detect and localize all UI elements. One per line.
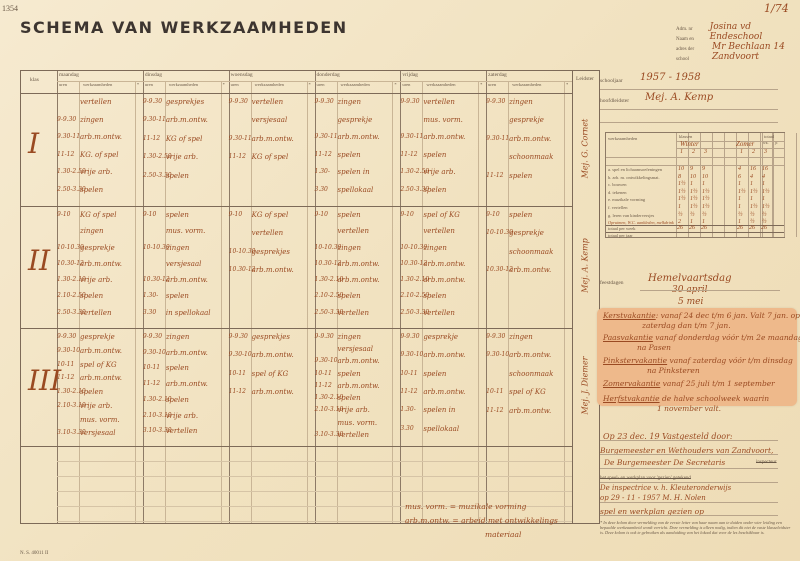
zomer-hours: 1 <box>738 181 741 187</box>
column-divider <box>508 81 509 523</box>
activity-cell: versjesaal <box>166 260 202 268</box>
activity-cell: schoonmaak <box>509 370 553 378</box>
activity-cell: arb.m.ontw. <box>80 133 122 141</box>
activity-cell: vrije arb. <box>166 153 198 161</box>
activity-cell: zingen <box>166 333 190 341</box>
winter-hours: 1½ <box>702 189 710 195</box>
column-divider <box>307 81 308 523</box>
row-divider <box>57 461 572 462</box>
winter-hours: 1½ <box>678 189 686 195</box>
zomer-hours: 4 <box>750 174 753 180</box>
uren-header: uren <box>402 82 410 87</box>
column-divider <box>79 81 80 523</box>
summary-row-label: e. muzikale vorming <box>608 197 645 202</box>
vacation-note: Kerstvakantie: vanaf 24 dec t/m 6 jan. V… <box>597 308 797 406</box>
total-week: 26 <box>737 225 743 231</box>
activity-cell: vertellen <box>252 98 284 106</box>
time-cell: 9.30-11 <box>229 135 252 143</box>
winter-hours: 1½ <box>678 181 686 187</box>
time-cell: 9.30-10 <box>400 351 423 359</box>
divider <box>600 89 778 90</box>
werk-header: werkzaamheden <box>83 82 112 87</box>
activity-cell: spelen <box>166 364 189 372</box>
schooljaar-label: schooljaar <box>600 78 623 84</box>
star-header: * <box>394 82 396 87</box>
admin-label: Naam en <box>676 37 710 42</box>
zomer-hours: 1½ <box>750 189 758 195</box>
time-cell: 9.30-11 <box>57 133 80 141</box>
winter-hours: 1 <box>690 181 693 187</box>
column-divider <box>784 133 785 237</box>
activity-cell: arb.m.ontw. <box>338 276 380 284</box>
archive-number: 1/74 <box>764 2 789 15</box>
activity-cell: zingen <box>338 333 362 341</box>
time-cell: 9-9.30 <box>229 98 248 106</box>
activity-cell: schoonmaak <box>509 248 553 256</box>
time-cell: 10-11 <box>315 370 332 378</box>
activity-cell: arb.m.ontw. <box>166 276 208 284</box>
activity-cell: spelen <box>423 151 446 159</box>
note-title: Zomervakantie <box>603 379 660 388</box>
activity-cell: KG of spel <box>252 211 289 219</box>
activity-cell: gesprekje <box>509 229 544 237</box>
activity-cell: in spellokaal <box>166 309 211 317</box>
winter-hours: 9 <box>690 166 693 172</box>
klas-label: I <box>28 127 39 160</box>
activity-cell: arb.m.ontw. <box>338 357 380 365</box>
activity-cell: vertellen <box>338 431 370 439</box>
activity-cell: vertellen <box>252 229 284 237</box>
summary-header: klassen <box>679 134 692 139</box>
zomer-hours: 1½ <box>750 204 758 210</box>
activity-cell: arb.m.ontw. <box>509 407 551 415</box>
day-header: zaterdag <box>488 72 507 78</box>
column-divider <box>392 81 393 523</box>
activity-cell: arb.m.ontw. <box>166 349 208 357</box>
star-header: * <box>480 82 482 87</box>
time-cell: 11-12 <box>57 374 74 382</box>
time-cell: 9.30-11 <box>486 135 509 143</box>
school-address: Mr Bechlaan 14 <box>712 42 785 52</box>
divider <box>600 109 778 110</box>
time-cell: 9-10 <box>229 211 242 219</box>
activity-cell: versjesaal <box>80 429 116 437</box>
school-city: Zandvoort <box>712 52 759 62</box>
time-cell: 11-12 <box>400 388 417 396</box>
form-code: N. S. 40011 II <box>20 551 48 556</box>
summary-row-label: f. vertellen <box>608 205 628 210</box>
note-line: Herfstvakantie de halve schoolweek waari… <box>603 394 769 403</box>
time-cell: 9-9.30 <box>486 333 505 341</box>
klas-header: klas <box>30 77 39 83</box>
time-cell: 9-10 <box>143 211 156 219</box>
activity-cell: KG of spel <box>80 211 117 219</box>
activity-cell: versjesaal <box>338 345 374 353</box>
winter-hours: 1½ <box>690 196 698 202</box>
uren-header: uren <box>145 82 153 87</box>
star-header: * <box>223 82 225 87</box>
activity-cell: versjesaal <box>252 116 288 124</box>
activity-cell: arb.m.ontw. <box>338 382 380 390</box>
class-number: 2 <box>752 149 755 155</box>
time-cell: 9-9.30 <box>57 116 76 124</box>
note-line: Zomervakantie vanaf 25 juli t/m 1 septem… <box>603 379 775 388</box>
legend-line: arb.m.ontw. = arbeid met ontwikkelings <box>405 516 558 525</box>
winter-hours: 10 <box>690 174 696 180</box>
time-cell: 10-11 <box>229 370 246 378</box>
activity-cell: zingen <box>509 98 533 106</box>
activity-cell: spelen <box>338 211 361 219</box>
season-label: Zomer <box>736 140 754 148</box>
activity-cell: vertellen <box>166 427 198 435</box>
time-cell: 9.30-10 <box>315 357 338 365</box>
leidster-name: Mej. G. Cornet <box>581 108 590 188</box>
activity-cell: mus. vorm. <box>338 419 378 427</box>
divider <box>600 440 778 441</box>
zomer-hours: 1 <box>762 196 765 202</box>
time-cell: 11-12 <box>229 388 246 396</box>
activity-cell: arb.m.ontw. <box>252 388 294 396</box>
day-header: dinsdag <box>145 72 162 78</box>
zomer-hours: 1 <box>750 196 753 202</box>
inspector-label: inspecteur <box>756 460 777 465</box>
time-cell: 9-10 <box>57 211 70 219</box>
activity-cell: spellokaal <box>338 186 374 194</box>
class-number: 1 <box>740 149 743 155</box>
time-cell: 9-9.30 <box>400 98 419 106</box>
activity-cell: mus. vorm. <box>423 116 463 124</box>
activity-cell: zingen <box>338 244 362 252</box>
zomer-hours: 16 <box>750 166 756 172</box>
day-header: maandag <box>59 72 79 78</box>
winter-hours: 1½ <box>690 189 698 195</box>
activity-cell: arb.m.ontw. <box>80 374 122 382</box>
time-cell: 11-12 <box>486 172 503 180</box>
activity-cell: zingen <box>166 244 190 252</box>
werk-header: werkzaamheden <box>255 82 284 87</box>
time-cell: 9-9.30 <box>143 333 162 341</box>
winter-hours: 1½ <box>702 196 710 202</box>
column-divider <box>135 81 136 523</box>
activity-cell: spelen <box>166 292 189 300</box>
activity-cell: spelen <box>423 292 446 300</box>
activity-cell: arb.m.ontw. <box>509 266 551 274</box>
activity-cell: gesprekje <box>80 244 115 252</box>
season-label: Winter <box>680 140 699 148</box>
activity-cell: gesprekje <box>338 116 373 124</box>
summary-row-label: totaal per jaar <box>608 233 633 238</box>
activity-cell: vrije arb. <box>80 402 112 410</box>
activity-cell: arb.m.ontw. <box>252 266 294 274</box>
divider <box>600 122 778 123</box>
activity-cell: KG. of spel <box>80 151 119 159</box>
zomer-hours: ½ <box>738 212 743 218</box>
time-cell: 11-12 <box>315 151 332 159</box>
column-divider <box>251 81 252 523</box>
note-line: na Pinksteren <box>647 366 700 375</box>
day-header: woensdag <box>231 72 253 78</box>
activity-cell: spel of KG <box>80 361 117 369</box>
activity-cell: spelen <box>80 388 103 396</box>
corner-mark: 1354 <box>2 4 18 13</box>
time-cell: 11-12 <box>57 151 74 159</box>
admin-label: adres der <box>676 47 712 52</box>
summary-row-label: b. arb. m. ontwikkelingsmat. <box>608 175 660 180</box>
activity-cell: spelen <box>338 370 361 378</box>
winter-hours: 1 <box>702 181 705 187</box>
activity-cell: vertellen <box>80 309 112 317</box>
time-cell: 9.30-11 <box>400 133 423 141</box>
signatories: De Burgemeester De Secretaris <box>604 458 725 467</box>
admin-block: Adm. nr Naam enJosina vd Endeschool adre… <box>676 22 800 62</box>
activity-cell: KG of spel <box>252 153 289 161</box>
activity-cell: arb.m.ontw. <box>423 388 465 396</box>
time-cell: 9.30-11 <box>315 133 338 141</box>
time-cell: 9.30-11 <box>143 116 166 124</box>
row-divider <box>606 165 784 166</box>
winter-hours: 1½ <box>702 204 710 210</box>
class-number: 2 <box>692 149 695 155</box>
struck-line: het speel- en werkplan voor 'gezien' get… <box>600 476 691 481</box>
time-cell: 1.30- <box>143 292 158 300</box>
activity-cell: arb.m.ontw. <box>338 133 380 141</box>
activity-cell: spel of KG <box>423 211 460 219</box>
summary-row-label: g. leren van kinderversjes <box>608 213 654 218</box>
leidster-name: Mej. J. Diemer <box>581 346 590 426</box>
activity-cell: spelen <box>338 394 361 402</box>
activity-cell: spelen <box>509 172 532 180</box>
activity-cell: vrije arb. <box>423 168 455 176</box>
row-divider <box>21 206 572 207</box>
activity-cell: arb.m.ontw. <box>423 260 465 268</box>
note-title: Paasvakantie <box>603 333 653 342</box>
activity-cell: arb.m.ontw. <box>80 347 122 355</box>
column-divider <box>221 81 222 523</box>
zomer-hours: 1½ <box>738 189 746 195</box>
time-cell: 9.30-10 <box>229 351 252 359</box>
winter-hours: 10 <box>678 166 684 172</box>
admin-label: Adm. nr <box>676 27 712 32</box>
inspectie-line: De inspectrice v. h. Kleuteronderwijs <box>600 484 731 492</box>
activity-cell: vertellen <box>338 227 370 235</box>
activity-cell: gesprekjes <box>252 248 290 256</box>
column-divider <box>422 81 423 523</box>
time-cell: 9-10 <box>400 211 413 219</box>
column-divider <box>796 133 797 237</box>
time-cell: 9-9.30 <box>486 98 505 106</box>
time-cell: 11-12 <box>143 380 160 388</box>
zomer-hours: 16 <box>762 166 768 172</box>
time-cell: 11-12 <box>229 153 246 161</box>
zomer-hours: 1 <box>762 181 765 187</box>
column-divider <box>165 81 166 523</box>
activity-cell: spelen <box>80 292 103 300</box>
summary-row-label: d. tekenen <box>608 190 627 195</box>
note-title: Pinkstervakantie <box>603 356 667 365</box>
school-name: Josina vd Endeschool <box>710 22 800 42</box>
time-cell: 10-11 <box>486 388 503 396</box>
zomer-hours: ½ <box>750 212 755 218</box>
time-cell: 11-12 <box>486 407 503 415</box>
activity-cell: zingen <box>509 333 533 341</box>
winter-hours: 8 <box>678 174 681 180</box>
time-cell: 11-12 <box>315 382 332 390</box>
winter-hours: 10 <box>702 174 708 180</box>
day-header: donderdag <box>317 72 340 78</box>
activity-cell: vrije arb. <box>166 412 198 420</box>
feestdag: 5 mei <box>678 297 703 307</box>
summary-header: werkzaamheden <box>608 136 637 141</box>
activity-cell: arb.m.ontw. <box>423 276 465 284</box>
time-cell: 9-9.30 <box>143 98 162 106</box>
time-cell: 11-12 <box>400 151 417 159</box>
inspection-date: op 29 - 11 - 1957 M. H. Nolen <box>600 494 706 502</box>
winter-hours: 9 <box>702 166 705 172</box>
note-title: Herfstvakantie <box>603 394 660 403</box>
activity-cell: spelen <box>166 211 189 219</box>
class-number: 1 <box>680 149 683 155</box>
legend-line: materiaal <box>485 530 521 539</box>
zomer-hours: 1½ <box>762 204 770 210</box>
activity-cell: gesprekje <box>509 116 544 124</box>
activity-cell: arb.m.ontw. <box>252 351 294 359</box>
time-cell: 9.30-10 <box>486 351 509 359</box>
activity-cell: zingen <box>80 227 104 235</box>
winter-hours: ½ <box>702 212 707 218</box>
zomer-hours: 1½ <box>762 189 770 195</box>
winter-hours: ½ <box>678 212 683 218</box>
activity-cell: arb.m.ontw. <box>166 116 208 124</box>
zomer-hours: 1 <box>738 204 741 210</box>
time-cell: 11-12 <box>143 135 160 143</box>
activity-cell: spelen <box>423 186 446 194</box>
hours-summary-table: werkzaamhedenklassentotaalwk.jr.WinterZo… <box>605 132 785 238</box>
winter-hours: 1 <box>678 204 681 210</box>
activity-cell: arb.m.ontw. <box>509 135 551 143</box>
uren-header: uren <box>317 82 325 87</box>
activity-cell: schoonmaak <box>509 153 553 161</box>
time-cell: 9-9.30 <box>315 98 334 106</box>
note-line: na Pasen <box>637 343 671 352</box>
feestdag: Hemelvaartsdag <box>648 273 732 284</box>
admin-label: school <box>676 57 712 62</box>
activity-cell: vertellen <box>423 98 455 106</box>
note-line: 1 november valt. <box>657 404 721 413</box>
uren-header: uren <box>488 82 496 87</box>
time-cell: 10-11 <box>143 364 160 372</box>
star-header: * <box>137 82 139 87</box>
klas-label: II <box>28 244 50 277</box>
leidster-name: Mej. A. Kemp <box>581 226 590 306</box>
activity-cell: spel of KG <box>252 370 289 378</box>
leidster-header: Leidster <box>571 76 599 82</box>
schooljaar-value: 1957 - 1958 <box>640 72 701 83</box>
divider <box>600 482 778 483</box>
time-cell: 9.30-10 <box>143 349 166 357</box>
summary-header: totaal <box>764 134 774 139</box>
winter-hours: 1½ <box>678 196 686 202</box>
hoofdleidster-label: hoofdleidster <box>600 98 629 104</box>
time-cell: 1.30- <box>400 406 415 414</box>
uren-header: uren <box>231 82 239 87</box>
werk-header: werkzaamheden <box>426 82 455 87</box>
activity-cell: arb.m.ontw. <box>509 351 551 359</box>
activity-cell: gesprekjes <box>166 98 204 106</box>
time-cell: 9.30-10 <box>57 347 80 355</box>
row-divider <box>606 157 784 158</box>
activity-cell: spelen in <box>338 168 370 176</box>
activity-cell: vertellen <box>80 98 112 106</box>
activity-cell: vrije arb. <box>80 276 112 284</box>
zomer-hours: ½ <box>762 212 767 218</box>
activity-cell: mus. vorm. <box>80 416 120 424</box>
time-cell: 3.30 <box>315 186 328 194</box>
activity-cell: vrije arb. <box>80 168 112 176</box>
activity-cell: KG of spel <box>166 135 203 143</box>
activity-cell: arb.m.ontw. <box>166 380 208 388</box>
activity-cell: gesprekje <box>423 333 458 341</box>
activity-cell: zingen <box>338 98 362 106</box>
total-week: 26 <box>701 225 707 231</box>
winter-hours: ½ <box>690 212 695 218</box>
activity-cell: gesprekje <box>80 333 115 341</box>
column-divider <box>478 81 479 523</box>
activity-cell: spelen <box>423 370 446 378</box>
activity-cell: spelen <box>166 396 189 404</box>
activity-cell: zingen <box>423 244 447 252</box>
winter-hours: 1½ <box>690 204 698 210</box>
time-cell: 9-10 <box>315 211 328 219</box>
activity-cell: arb.m.ontw. <box>423 133 465 141</box>
activity-cell: spel of KG <box>509 388 546 396</box>
page-title: SCHEMA VAN WERKZAAMHEDEN <box>20 18 348 37</box>
activity-cell: spelen <box>80 186 103 194</box>
divider <box>600 502 778 503</box>
note-line: Kerstvakantie: vanaf 24 dec t/m 6 jan. V… <box>603 311 800 320</box>
zomer-hours: 4 <box>738 166 741 172</box>
zomer-hours: 1 <box>738 196 741 202</box>
activity-cell: zingen <box>80 116 104 124</box>
activity-cell: vertellen <box>338 309 370 317</box>
activity-cell: spelen <box>509 211 532 219</box>
activity-cell: gesprekjes <box>252 333 290 341</box>
time-cell: 1.30- <box>315 168 330 176</box>
class-number: 3 <box>704 149 707 155</box>
time-cell: 9-9.30 <box>57 333 76 341</box>
column-divider <box>337 81 338 523</box>
activity-cell: spellokaal <box>423 425 459 433</box>
werk-header: werkzaamheden <box>512 82 541 87</box>
total-week: 26 <box>689 225 695 231</box>
star-header: * <box>309 82 311 87</box>
divider <box>600 515 778 516</box>
activity-cell: arb.m.ontw. <box>252 135 294 143</box>
activity-cell: arb.m.ontw. <box>338 260 380 268</box>
summary-row-label: c. bouwen <box>608 182 627 187</box>
summary-row-label: totaal per week <box>608 226 636 231</box>
legend-line: mus. vorm. = muzikale vorming <box>405 502 526 511</box>
note-line: zaterdag dan t/m 7 jan. <box>642 321 731 330</box>
activity-cell: vertellen <box>423 227 455 235</box>
row-divider <box>57 491 572 492</box>
class-number: 3 <box>764 149 767 155</box>
row-divider <box>21 446 572 447</box>
total-week: 26 <box>677 225 683 231</box>
time-cell: 10-11 <box>400 370 417 378</box>
hoofdleidster-value: Mej. A. Kemp <box>645 92 713 103</box>
divider <box>600 454 778 455</box>
activity-cell: arb.m.ontw. <box>80 260 122 268</box>
